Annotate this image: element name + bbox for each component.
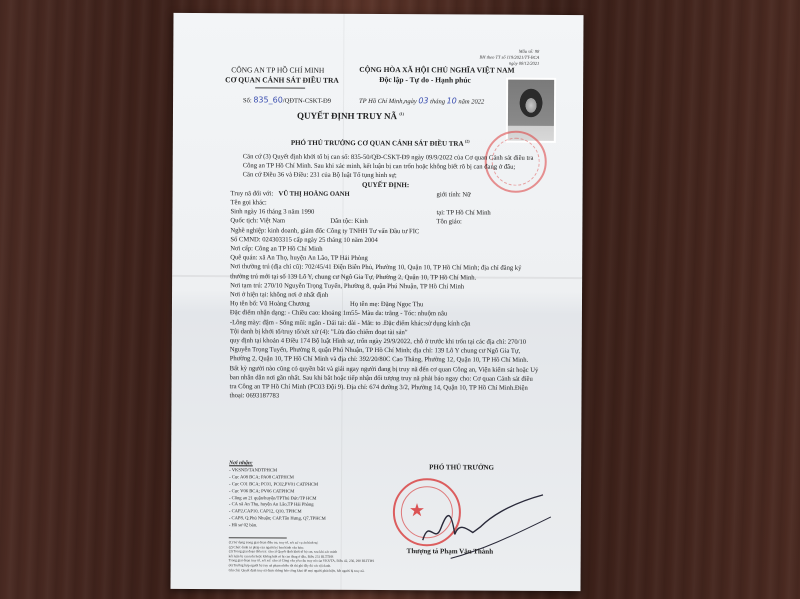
footnote-divider — [229, 537, 287, 538]
basis-paragraph-2: Căn cứ Điều 36 và Điều: 231 của Bộ luật … — [231, 171, 541, 182]
divider — [255, 87, 305, 88]
document-body: Căn cứ (3) Quyết định khởi tố bị can số:… — [229, 152, 540, 402]
charge-detail: quy định tại khoản 4 Điều 174 Bộ luật Hì… — [230, 336, 540, 365]
signature-icon — [411, 488, 561, 569]
suspect-gender: giới tính: Nữ — [437, 190, 471, 199]
wanted-notice-document: Mẫu số: 98 BH theo TT số 119/2021/TT-BCA… — [170, 13, 583, 591]
document-title: QUYẾT ĐỊNH TRUY NÃ (1) — [297, 111, 404, 122]
place-date: TP Hồ Chí Minh,ngày 03 tháng 10 năm 2022 — [359, 96, 484, 106]
instruction: Bất kỳ người nào cũng có quyền bắt và gi… — [229, 364, 539, 402]
basis-paragraph-1: Căn cứ (3) Quyết định khởi tố bị can số:… — [231, 152, 541, 172]
form-code: Mẫu số: 98 BH theo TT số 119/2021/TT-BCA… — [479, 49, 539, 67]
form-number: Mẫu số: 98 — [519, 49, 540, 54]
birthplace: tại: TP Hồ Chí Minh — [436, 209, 490, 218]
handwritten-day: 03 — [418, 96, 428, 105]
wanted-row: Truy nã đối với: VŨ THỊ HOÀNG OANH giới … — [231, 189, 541, 200]
agency-name: CƠ QUAN CẢNH SÁT ĐIỀU TRA — [225, 75, 339, 85]
handwritten-month: 10 — [447, 96, 457, 105]
nationality: Quốc tịch: Việt Nam — [230, 217, 330, 227]
suspect-name: VŨ THỊ HOÀNG OANH — [279, 189, 437, 199]
permanent-address: Nơi thường trú (địa chỉ cũ): 702/45/41 Đ… — [230, 263, 540, 283]
signer-title: PHÓ THỦ TRƯỞNG — [429, 463, 494, 471]
footnote: Ghi chú: Quyết định truy nã được thông b… — [229, 568, 375, 573]
agency-parent: CÔNG AN TP HỒ CHÍ MINH — [231, 65, 324, 74]
motto: Độc lập - Tự do - Hạnh phúc — [379, 75, 471, 84]
recipient-item: - Cục V06 BCA; PV06 CATPHCM — [229, 488, 326, 495]
mother-name: Họ tên mẹ: Đặng Ngọc Thu — [350, 300, 423, 310]
religion: Tôn giáo: — [436, 218, 462, 227]
handwritten-number: 835_60 — [253, 95, 282, 104]
recipient-item: - Cục C01 BCA; PC01, PC02,PV01 CATPHCM — [229, 481, 326, 488]
form-regulation: BH theo TT số 119/2021/TT-BCA — [480, 55, 540, 60]
recipients-list: Nơi nhận: - VKSND/TANDTPHCM - Cục A08 BC… — [229, 460, 326, 530]
footnotes: (1) Sử dụng trong giai đoạn điều tra, tr… — [229, 540, 375, 573]
issuer-heading: PHÓ THỦ TRƯỞNG CƠ QUAN CẢNH SÁT ĐIỀU TRA… — [291, 138, 470, 148]
ethnicity: Dân tộc: Kinh — [330, 217, 436, 227]
signer-name: Thượng tá Phạm Văn Thành — [407, 547, 493, 555]
decision-number: Số: 835_60/QĐTN-CSKT-Đ9 — [243, 95, 331, 104]
recipient-item: - Hồ sơ 02 bản. — [229, 522, 326, 529]
nation-header: CỘNG HÒA XÃ HỘI CHỦ NGHĨA VIỆT NAM — [359, 65, 514, 75]
